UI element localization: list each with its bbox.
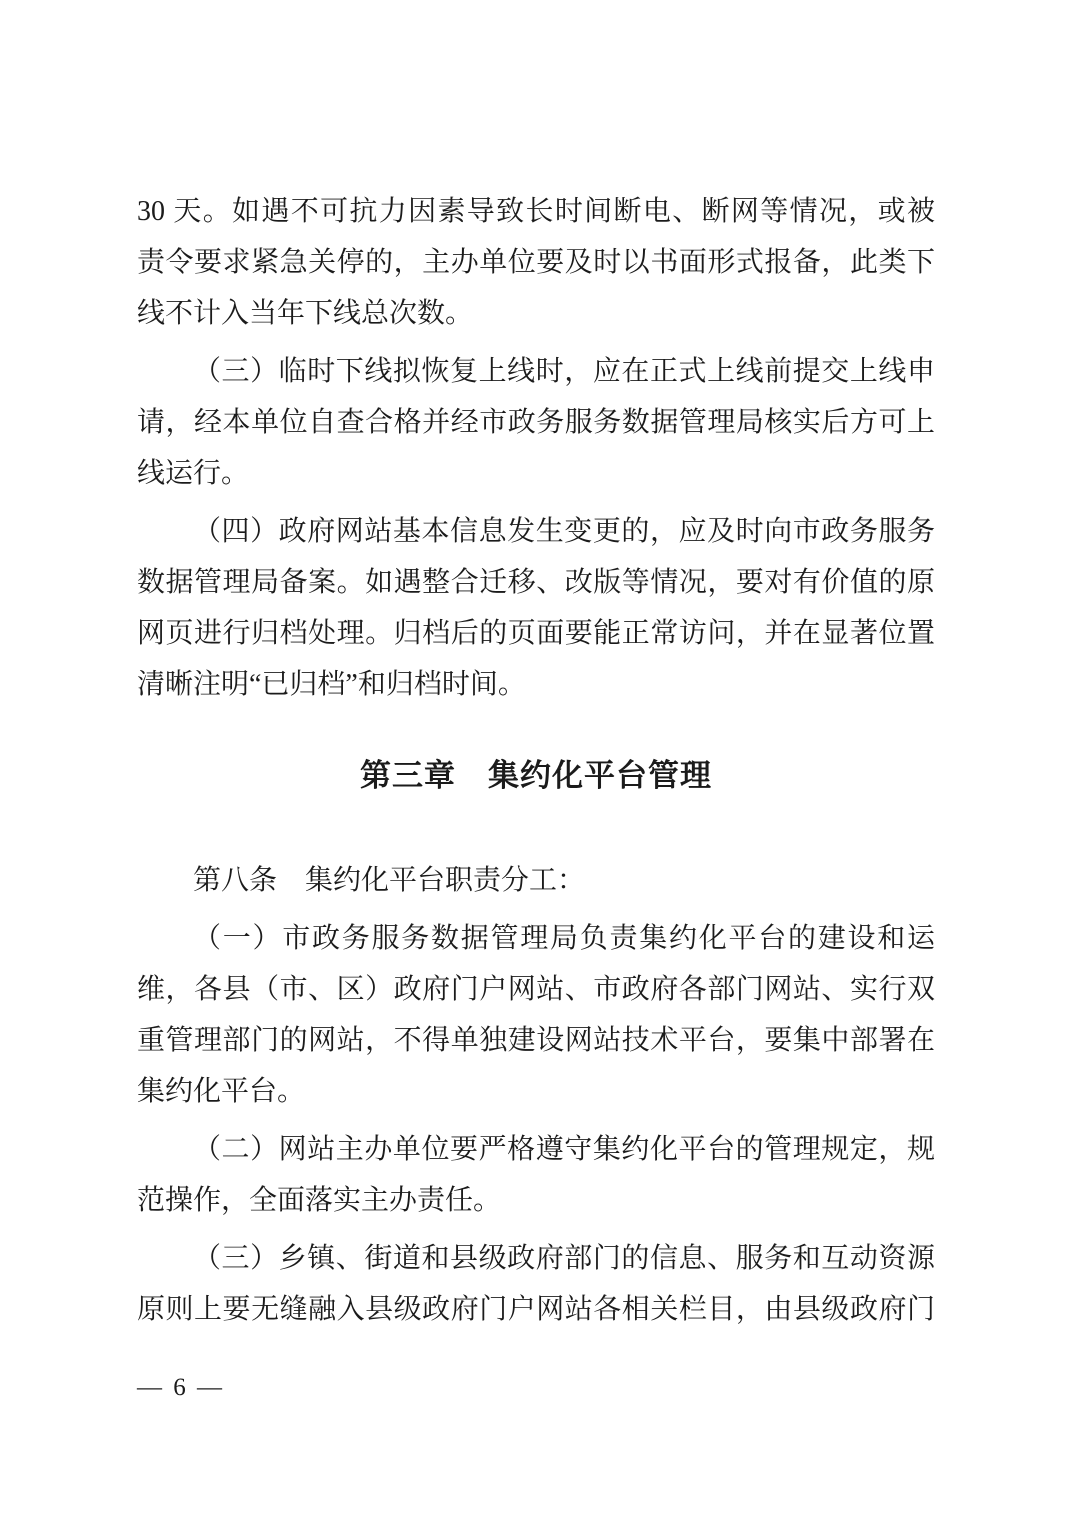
text-line: 清晰注明“已归档”和归档时间。 (137, 659, 935, 710)
text-line: （三）临时下线拟恢复上线时，应在正式上线前提交上线申 (137, 346, 935, 397)
paragraph-item-4: （四）政府网站基本信息发生变更的，应及时向市政务服务 数据管理局备案。如遇整合迁… (137, 506, 935, 710)
paragraph-sub-2: （二）网站主办单位要严格遵守集约化平台的管理规定，规 范操作，全面落实主办责任。 (137, 1124, 935, 1226)
text-line: （一）市政务服务数据管理局负责集约化平台的建设和运 (137, 913, 935, 964)
paragraph-continuation: 30 天。如遇不可抗力因素导致长时间断电、断网等情况，或被 责令要求紧急关停的，… (137, 186, 935, 339)
text-line: （二）网站主办单位要严格遵守集约化平台的管理规定，规 (137, 1124, 935, 1175)
text-line: 线不计入当年下线总次数。 (137, 288, 935, 339)
paragraph-item-3: （三）临时下线拟恢复上线时，应在正式上线前提交上线申 请，经本单位自查合格并经市… (137, 346, 935, 499)
text-line: 数据管理局备案。如遇整合迁移、改版等情况，要对有价值的原 (137, 557, 935, 608)
text-line: 维，各县（市、区）政府门户网站、市政府各部门网站、实行双 (137, 964, 935, 1015)
page-number: — 6 — (137, 1374, 222, 1401)
document-page: 30 天。如遇不可抗力因素导致长时间断电、断网等情况，或被 责令要求紧急关停的，… (0, 0, 1074, 1520)
paragraph-sub-3: （三）乡镇、街道和县级政府部门的信息、服务和互动资源 原则上要无缝融入县级政府门… (137, 1233, 935, 1335)
article-8-heading: 第八条 集约化平台职责分工： (137, 855, 935, 906)
text-line: 30 天。如遇不可抗力因素导致长时间断电、断网等情况，或被 (137, 186, 935, 237)
chapter-heading: 第三章 集约化平台管理 (137, 750, 935, 801)
text-line: 责令要求紧急关停的，主办单位要及时以书面形式报备，此类下 (137, 237, 935, 288)
text-line: 原则上要无缝融入县级政府门户网站各相关栏目，由县级政府门 (137, 1284, 935, 1335)
text-line: （三）乡镇、街道和县级政府部门的信息、服务和互动资源 (137, 1233, 935, 1284)
paragraph-sub-1: （一）市政务服务数据管理局负责集约化平台的建设和运 维，各县（市、区）政府门户网… (137, 913, 935, 1117)
page-footer: — 6 — (137, 1372, 222, 1404)
text-line: 范操作，全面落实主办责任。 (137, 1175, 935, 1226)
text-line: 集约化平台。 (137, 1066, 935, 1117)
text-line: 请，经本单位自查合格并经市政务服务数据管理局核实后方可上 (137, 397, 935, 448)
body-text: 30 天。如遇不可抗力因素导致长时间断电、断网等情况，或被 责令要求紧急关停的，… (137, 186, 935, 1342)
text-line: （四）政府网站基本信息发生变更的，应及时向市政务服务 (137, 506, 935, 557)
text-line: 线运行。 (137, 448, 935, 499)
text-line: 网页进行归档处理。归档后的页面要能正常访问，并在显著位置 (137, 608, 935, 659)
text-line: 重管理部门的网站，不得单独建设网站技术平台，要集中部署在 (137, 1015, 935, 1066)
